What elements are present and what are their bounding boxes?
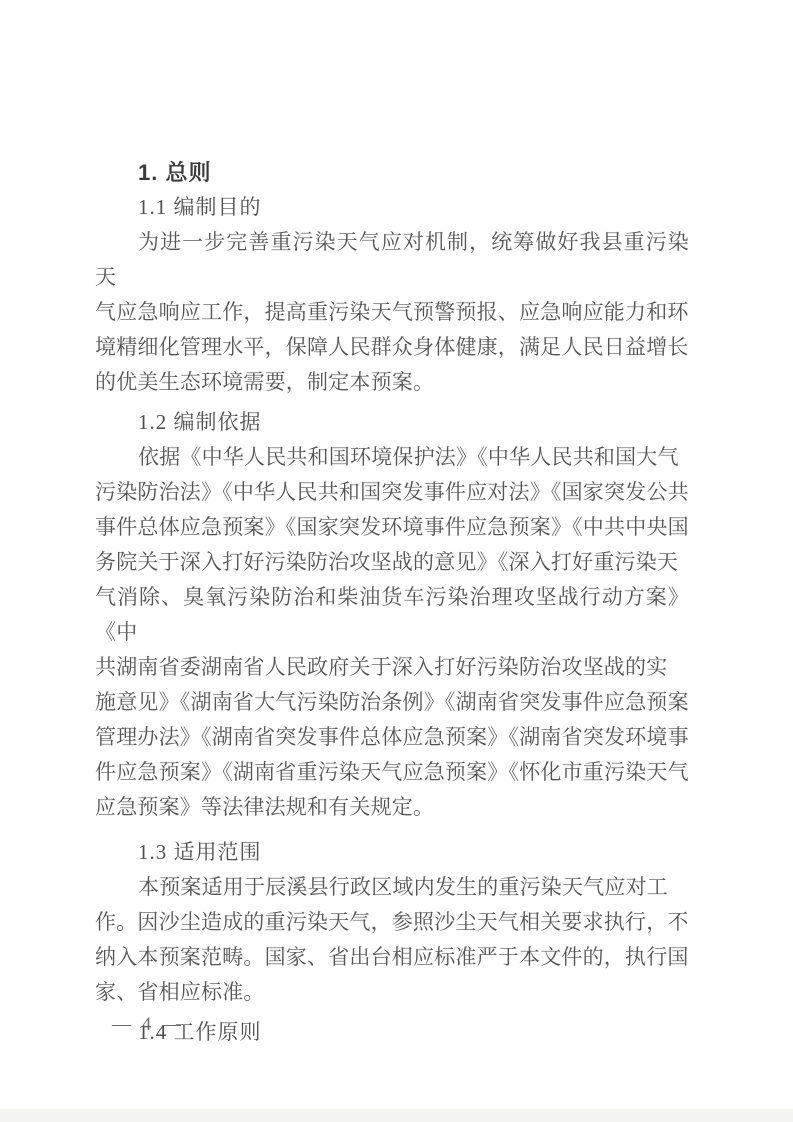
paragraph-purpose: 为进一步完善重污染天气应对机制，统筹做好我县重污染天气应急响应工作，提高重污染天… bbox=[95, 225, 689, 400]
document-page: 1. 总则 1.1 编制目的 为进一步完善重污染天气应对机制，统筹做好我县重污染… bbox=[0, 0, 793, 1122]
scan-edge-shadow bbox=[0, 1109, 793, 1122]
document-body: 1. 总则 1.1 编制目的 为进一步完善重污染天气应对机制，统筹做好我县重污染… bbox=[95, 155, 689, 1050]
section-heading-1-4: 1.4 工作原则 bbox=[95, 1015, 689, 1050]
chapter-heading: 1. 总则 bbox=[95, 155, 689, 190]
paragraph-legal-basis: 依据《中华人民共和国环境保护法》《中华人民共和国大气污染防治法》《中华人民共和国… bbox=[95, 440, 689, 825]
paragraph-scope: 本预案适用于辰溪县行政区域内发生的重污染天气应对工作。因沙尘造成的重污染天气，参… bbox=[95, 870, 689, 1010]
section-heading-1-1: 1.1 编制目的 bbox=[95, 190, 689, 225]
section-heading-1-3: 1.3 适用范围 bbox=[95, 835, 689, 870]
section-heading-1-2: 1.2 编制依据 bbox=[95, 405, 689, 440]
page-number: — 4 — bbox=[112, 1014, 184, 1036]
